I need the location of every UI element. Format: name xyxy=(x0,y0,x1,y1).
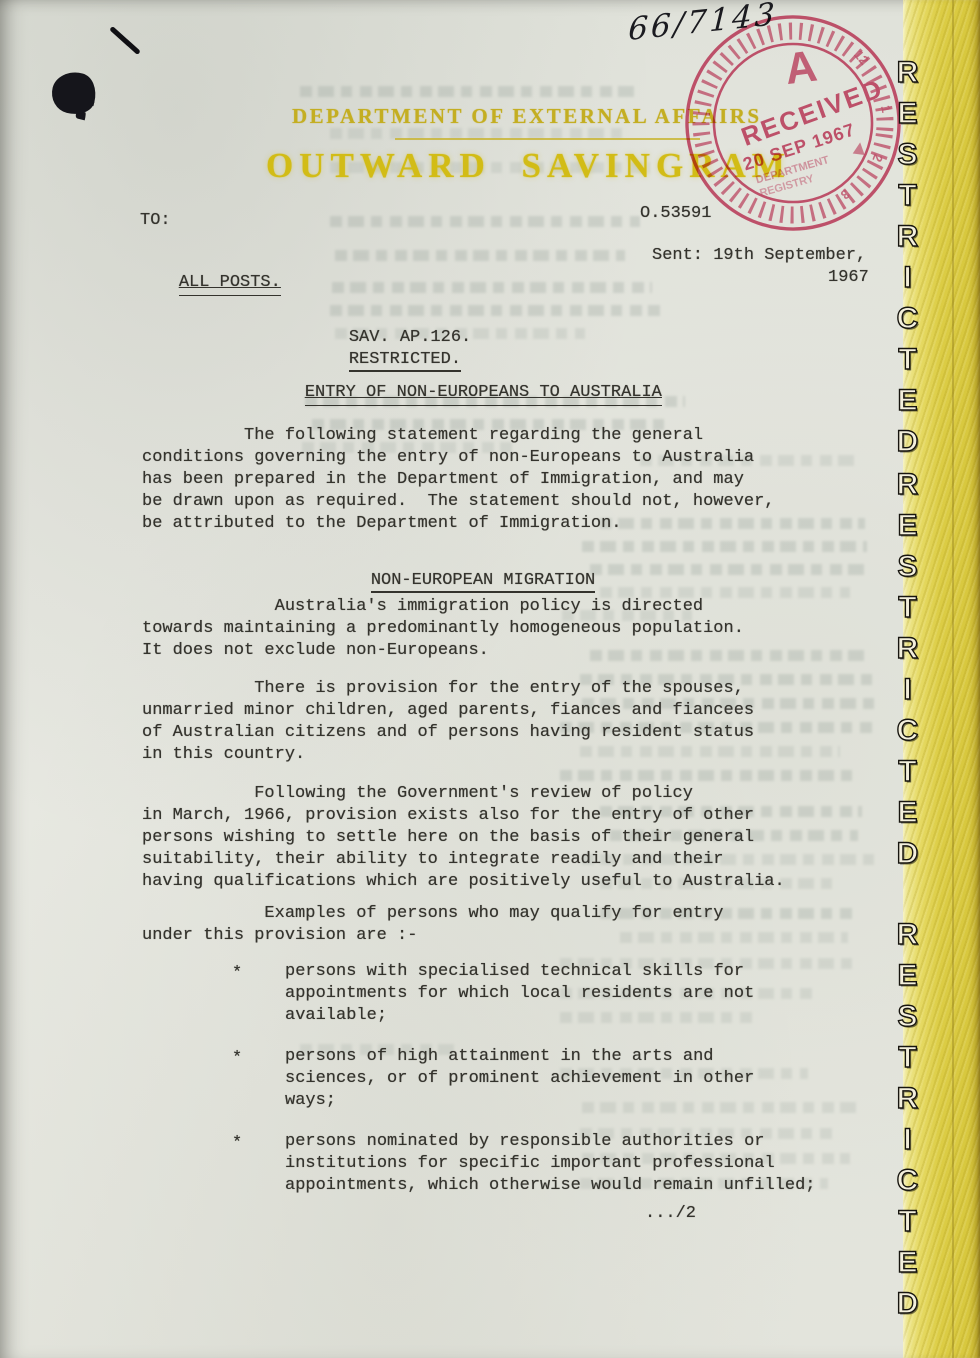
restricted-label-2: RESTRICTED xyxy=(890,468,924,878)
bullet-text: persons of high attainment in the arts a… xyxy=(285,1046,754,1112)
bullet-text: persons with specialised technical skill… xyxy=(285,961,754,1027)
letterhead-rule xyxy=(395,138,700,140)
paragraph-3: There is provision for the entry of the … xyxy=(142,678,754,766)
paragraph-5: Examples of persons who may qualify for … xyxy=(142,903,724,947)
received-stamp: A RECEIVED 20 SEP 1967 DEPARTMENT REGIST… xyxy=(663,0,924,253)
restricted-edge-band: RESTRICTED RESTRICTED RESTRICTED xyxy=(903,0,980,1358)
document-page: 66/7143 DEPARTMENT OF EXTERNAL AFFAIRS O… xyxy=(0,0,980,1358)
sent-year: 1967 xyxy=(828,267,869,289)
ink-blot xyxy=(48,67,101,118)
bullet-asterisk: * xyxy=(232,963,242,985)
restricted-label-1: RESTRICTED xyxy=(890,56,924,466)
paragraph-4: Following the Government's review of pol… xyxy=(142,783,785,893)
page-continuation-marker: .../2 xyxy=(645,1203,696,1225)
reference-number: SAV. AP.126. xyxy=(349,328,471,347)
pen-stroke xyxy=(109,26,141,55)
sent-date-line: Sent: 19th September, xyxy=(652,245,866,267)
paragraph-1: The following statement regarding the ge… xyxy=(142,425,775,535)
subject-heading: ENTRY OF NON-EUROPEANS TO AUSTRALIA xyxy=(264,360,662,426)
stamp-pointer xyxy=(853,142,866,155)
stamp-triangle-letter: A xyxy=(782,42,820,95)
bullet-asterisk: * xyxy=(232,1048,242,1070)
recipients: ALL POSTS. xyxy=(138,250,281,316)
band-crease xyxy=(952,0,954,1358)
bullet-asterisk: * xyxy=(232,1133,242,1155)
paragraph-2: Australia's immigration policy is direct… xyxy=(142,596,744,662)
to-label: TO: xyxy=(140,210,171,232)
bullet-text: persons nominated by responsible authori… xyxy=(285,1131,816,1197)
restricted-label-3: RESTRICTED xyxy=(890,918,924,1328)
